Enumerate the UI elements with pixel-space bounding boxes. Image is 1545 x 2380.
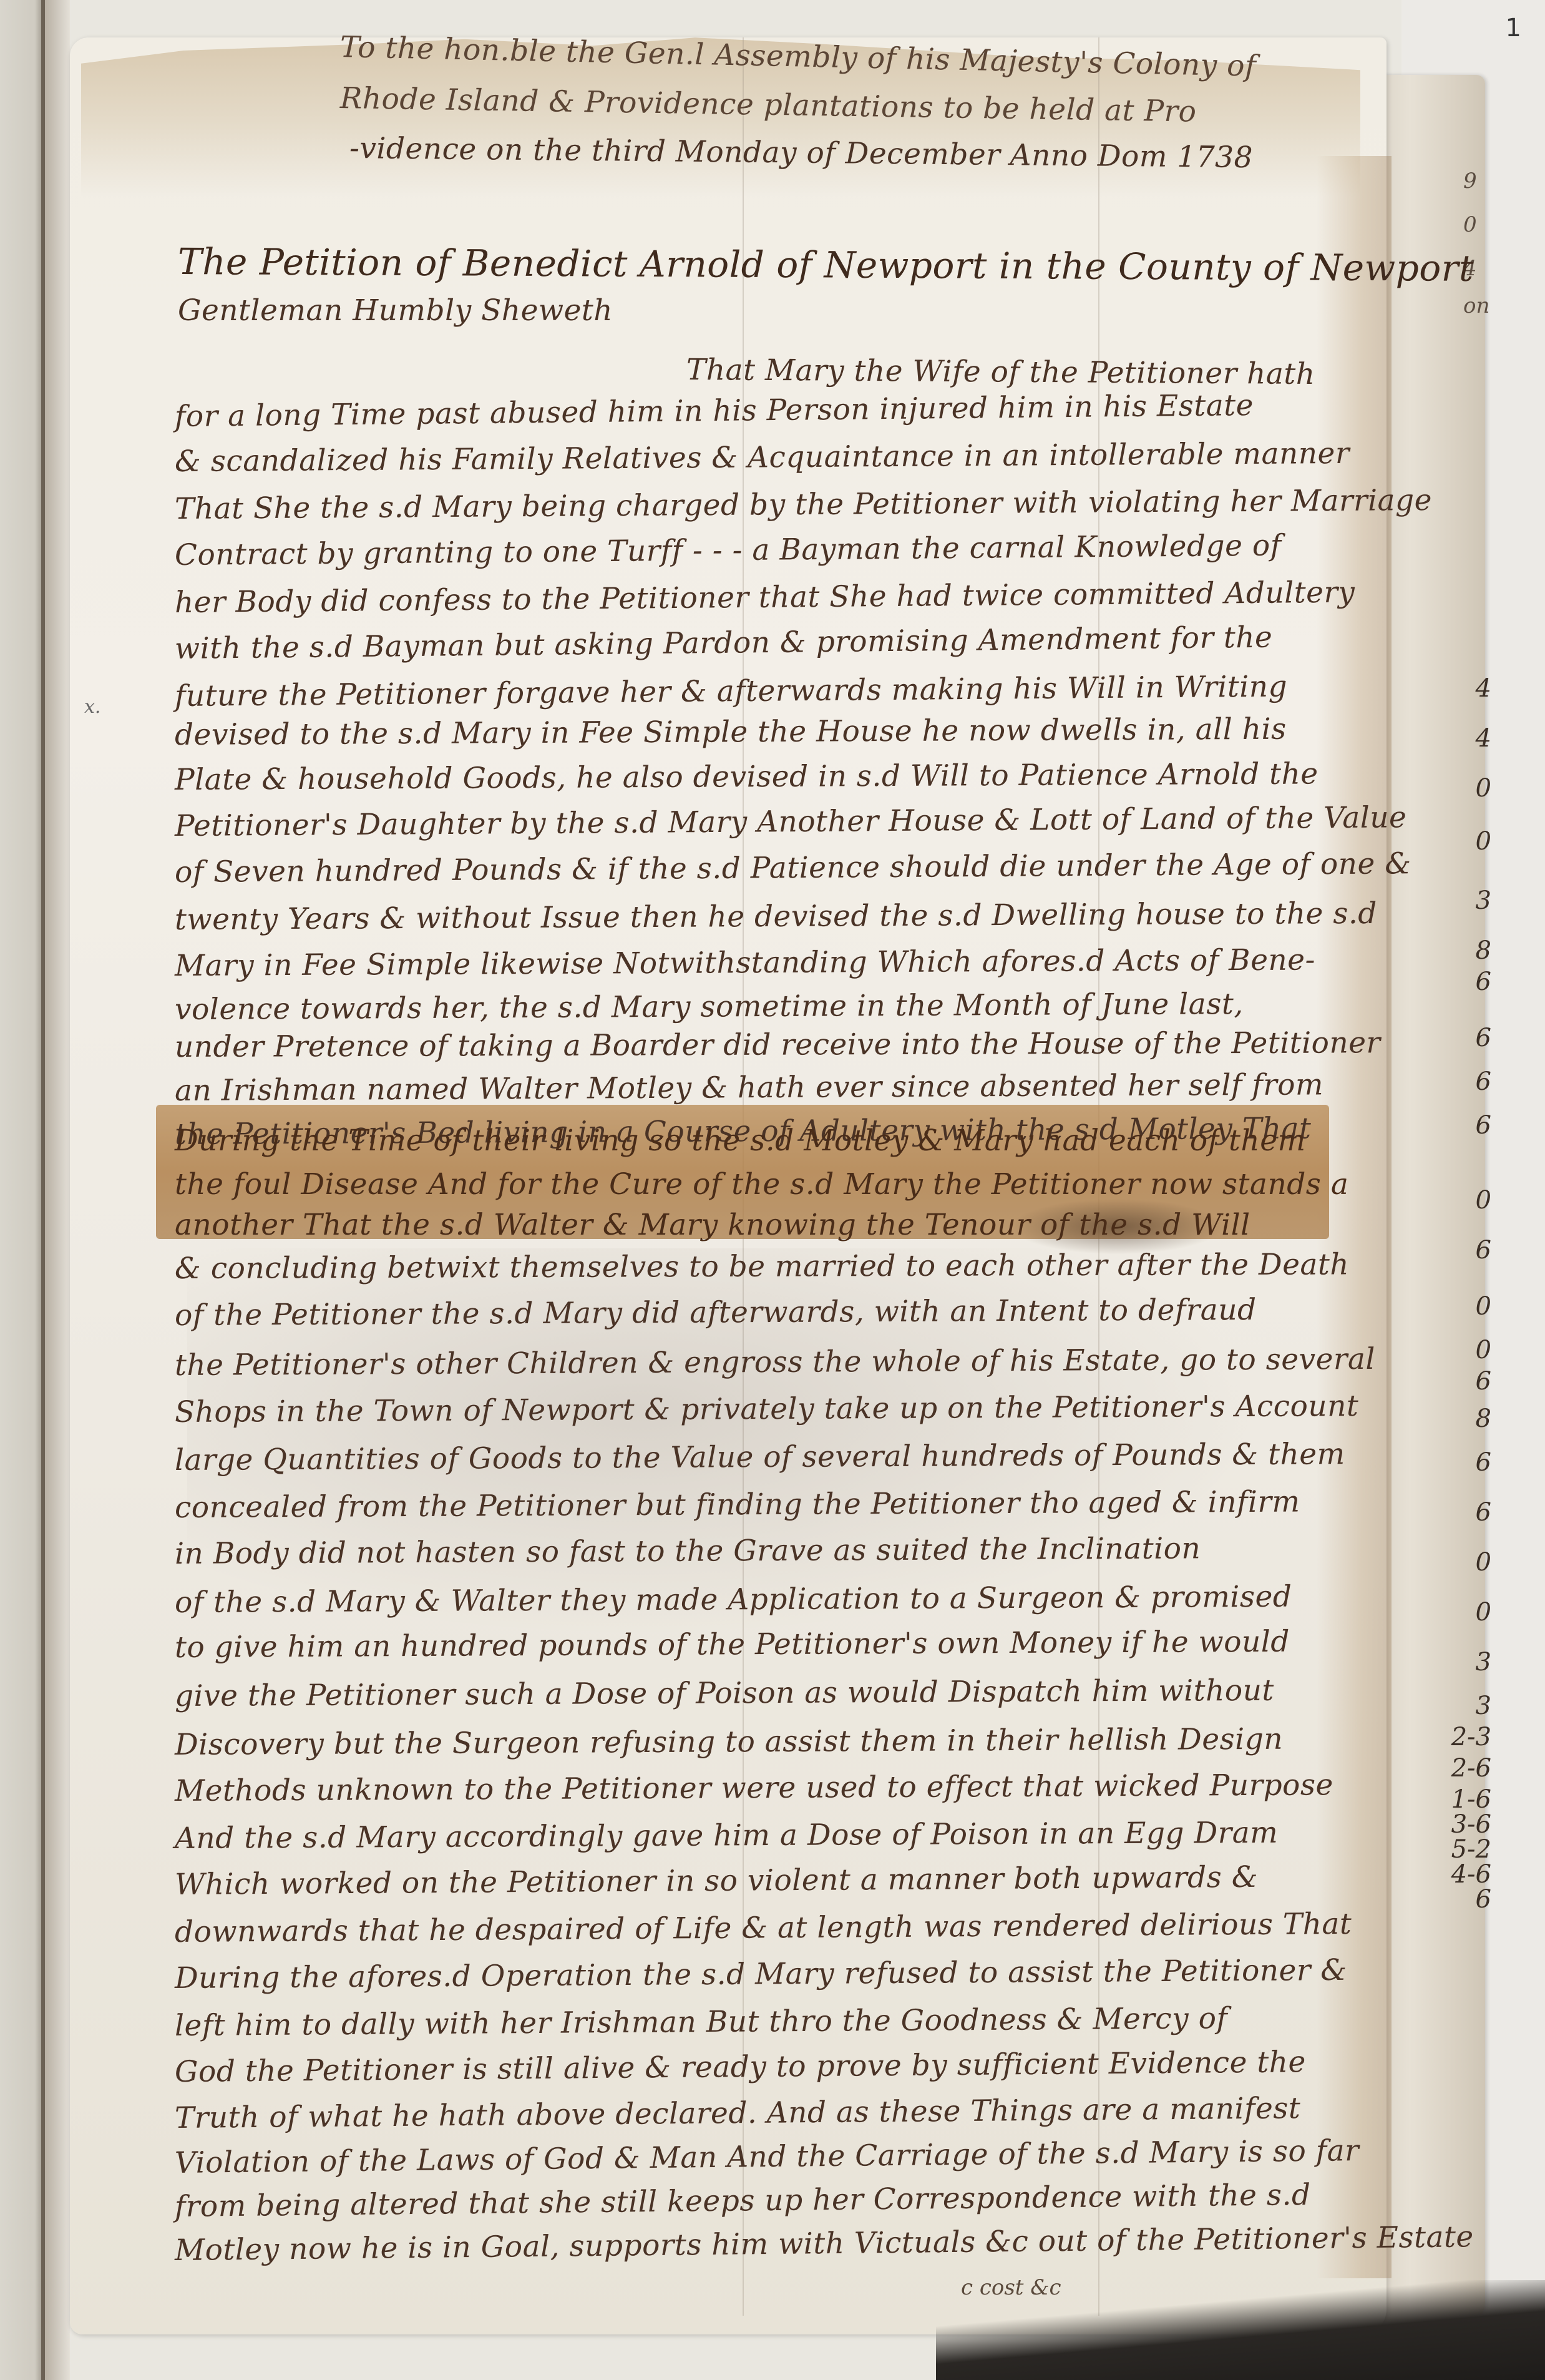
body-line: Violation of the Laws of God & Man And t… [175, 2133, 1360, 2180]
body-line: from being altered that she still keeps … [175, 2178, 1311, 2224]
body-line: downwards that he despaired of Life & at… [175, 1907, 1352, 1949]
body-line: of the Petitioner the s.d Mary did after… [175, 1293, 1257, 1333]
body-line: Plate & household Goods, he also devised… [175, 757, 1318, 797]
body-line: to give him an hundred pounds of the Pet… [175, 1625, 1290, 1665]
body-line: volence towards her, the s.d Mary someti… [175, 987, 1244, 1027]
address-line: To the hon.ble the Gen.l Assembly of his… [339, 30, 1256, 84]
body-line: Discovery but the Surgeon refusing to as… [175, 1722, 1283, 1762]
address-line: Rhode Island & Providence plantations to… [340, 81, 1197, 129]
body-line: And the s.d Mary accordingly gave him a … [175, 1816, 1279, 1856]
table-surface-shadow [936, 2280, 1545, 2380]
body-line: Motley now he is in Goal, supports him w… [175, 2220, 1474, 2268]
body-line: give the Petitioner such a Dose of Poiso… [175, 1673, 1274, 1713]
body-line-stained: the foul Disease And for the Cure of the… [175, 1167, 1348, 1202]
body-line-stained: another That the s.d Walter & Mary knowi… [175, 1208, 1250, 1242]
address-line: -vidence on the third Monday of December… [349, 131, 1254, 175]
body-line: God the Petitioner is still alive & read… [175, 2045, 1306, 2089]
body-line: of Seven hundred Pounds & if the s.d Pat… [175, 846, 1411, 889]
body-line: under Pretence of taking a Boarder did r… [175, 1026, 1381, 1064]
body-line: future the Petitioner forgave her & afte… [175, 669, 1288, 713]
body-line: concealed from the Petitioner but findin… [175, 1485, 1300, 1525]
body-line: left him to dally with her Irishman But … [175, 2001, 1228, 2043]
petition-title: The Petition of Benedict Arnold of Newpo… [178, 240, 1474, 290]
body-line: in Body did not hasten so fast to the Gr… [175, 1531, 1201, 1571]
body-line: the Petitioner's other Children & engros… [175, 1342, 1375, 1383]
body-line-stained: During the Time of their living so the s… [175, 1124, 1306, 1158]
body-line: twenty Years & without Issue then he dev… [175, 896, 1377, 937]
body-line: large Quantities of Goods to the Value o… [175, 1437, 1345, 1477]
body-line: & scandalized his Family Relatives & Acq… [175, 436, 1350, 479]
body-line: her Body did confess to the Petitioner t… [175, 575, 1355, 620]
body-line: with the s.d Bayman but asking Pardon & … [175, 620, 1273, 666]
body-line: Which worked on the Petitioner in so vio… [175, 1860, 1258, 1902]
petition-text: To the hon.ble the Gen.l Assembly of his… [0, 0, 1545, 2380]
body-line: During the afores.d Operation the s.d Ma… [175, 1953, 1347, 1996]
body-line: Shops in the Town of Newport & privately… [175, 1389, 1359, 1429]
body-line: an Irishman named Walter Motley & hath e… [175, 1067, 1323, 1108]
body-line: Petitioner's Daughter by the s.d Mary An… [175, 800, 1407, 843]
body-line: That She the s.d Mary being charged by t… [175, 483, 1432, 526]
body-line: Contract by granting to one Turff - - - … [175, 529, 1282, 572]
body-line: Truth of what he hath above declared. An… [175, 2091, 1301, 2135]
petition-salutation: Gentleman Humbly Sheweth [178, 293, 613, 328]
body-line: & concluding betwixt themselves to be ma… [175, 1247, 1349, 1286]
body-line: for a long Time past abused him in his P… [175, 388, 1254, 434]
body-line: devised to the s.d Mary in Fee Simple th… [175, 712, 1287, 752]
body-line: That Mary the Wife of the Petitioner hat… [686, 353, 1315, 391]
body-line: Methods unknown to the Petitioner were u… [175, 1768, 1333, 1808]
body-line: of the s.d Mary & Walter they made Appli… [175, 1580, 1292, 1620]
body-line: Mary in Fee Simple likewise Notwithstand… [175, 943, 1315, 983]
